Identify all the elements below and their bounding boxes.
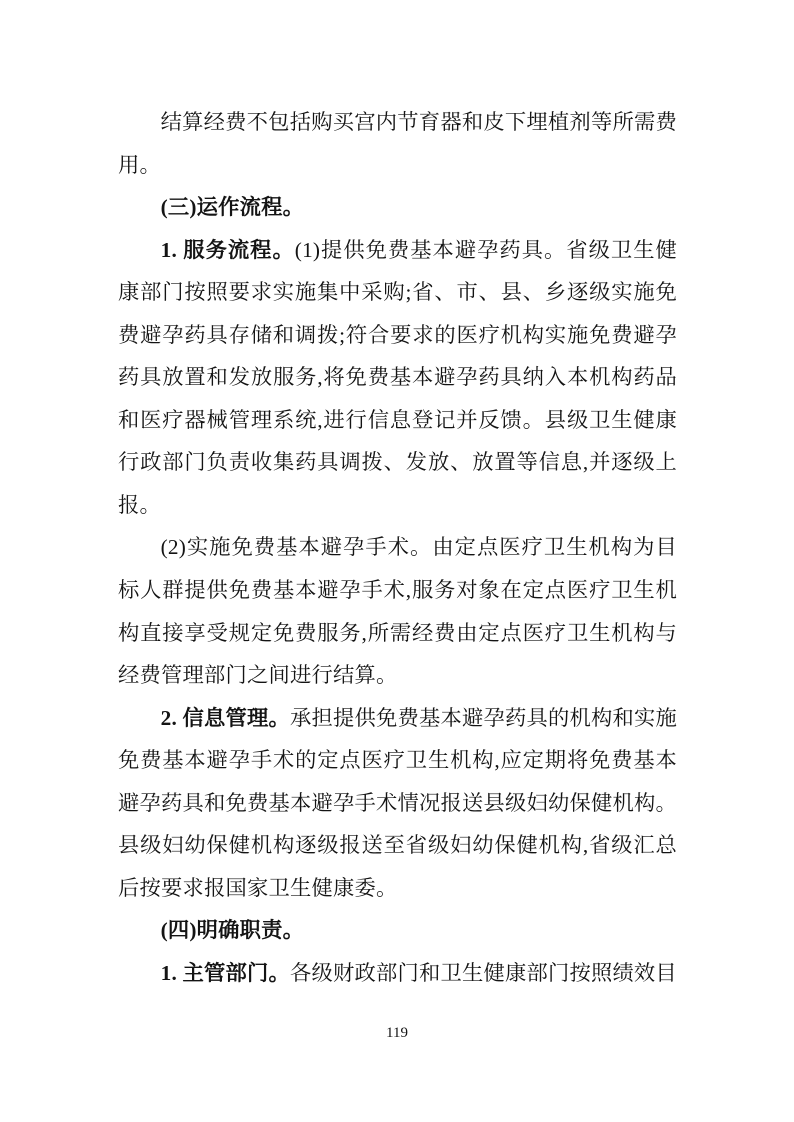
paragraph: (2)实施免费基本避孕手术。由定点医疗卫生机构为目标人群提供免费基本避孕手术,服… bbox=[118, 526, 677, 696]
paragraph: 1. 主管部门。各级财政部门和卫生健康部门按照绩效目 bbox=[118, 952, 677, 995]
paragraph-text: 结算经费不包括购买宫内节育器和皮下埋植剂等所需费用。 bbox=[118, 110, 677, 177]
document-page: 结算经费不包括购买宫内节育器和皮下埋植剂等所需费用。 (三)运作流程。 1. 服… bbox=[0, 0, 794, 1122]
section-heading-text: (四)明确职责。 bbox=[161, 918, 305, 942]
paragraph: 2. 信息管理。承担提供免费基本避孕药具的机构和实施免费基本避孕手术的定点医疗卫… bbox=[118, 697, 677, 910]
paragraph: 结算经费不包括购买宫内节育器和皮下埋植剂等所需费用。 bbox=[118, 101, 677, 186]
section-heading: (三)运作流程。 bbox=[118, 186, 677, 229]
paragraph-text: 各级财政部门和卫生健康部门按照绩效目 bbox=[290, 961, 677, 985]
paragraph-lead: 1. 服务流程。 bbox=[161, 238, 295, 262]
section-heading-text: (三)运作流程。 bbox=[161, 195, 305, 219]
paragraph: 1. 服务流程。(1)提供免费基本避孕药具。省级卫生健康部门按照要求实施集中采购… bbox=[118, 229, 677, 527]
section-heading: (四)明确职责。 bbox=[118, 909, 677, 952]
paragraph-text: (2)实施免费基本避孕手术。由定点医疗卫生机构为目标人群提供免费基本避孕手术,服… bbox=[118, 535, 677, 687]
paragraph-lead: 2. 信息管理。 bbox=[161, 706, 290, 730]
paragraph-text: 承担提供免费基本避孕药具的机构和实施免费基本避孕手术的定点医疗卫生机构,应定期将… bbox=[118, 706, 677, 900]
paragraph-text: (1)提供免费基本避孕药具。省级卫生健康部门按照要求实施集中采购;省、市、县、乡… bbox=[118, 238, 677, 517]
document-body: 结算经费不包括购买宫内节育器和皮下埋植剂等所需费用。 (三)运作流程。 1. 服… bbox=[118, 101, 677, 994]
page-number: 119 bbox=[0, 1023, 794, 1043]
paragraph-lead: 1. 主管部门。 bbox=[161, 961, 290, 985]
